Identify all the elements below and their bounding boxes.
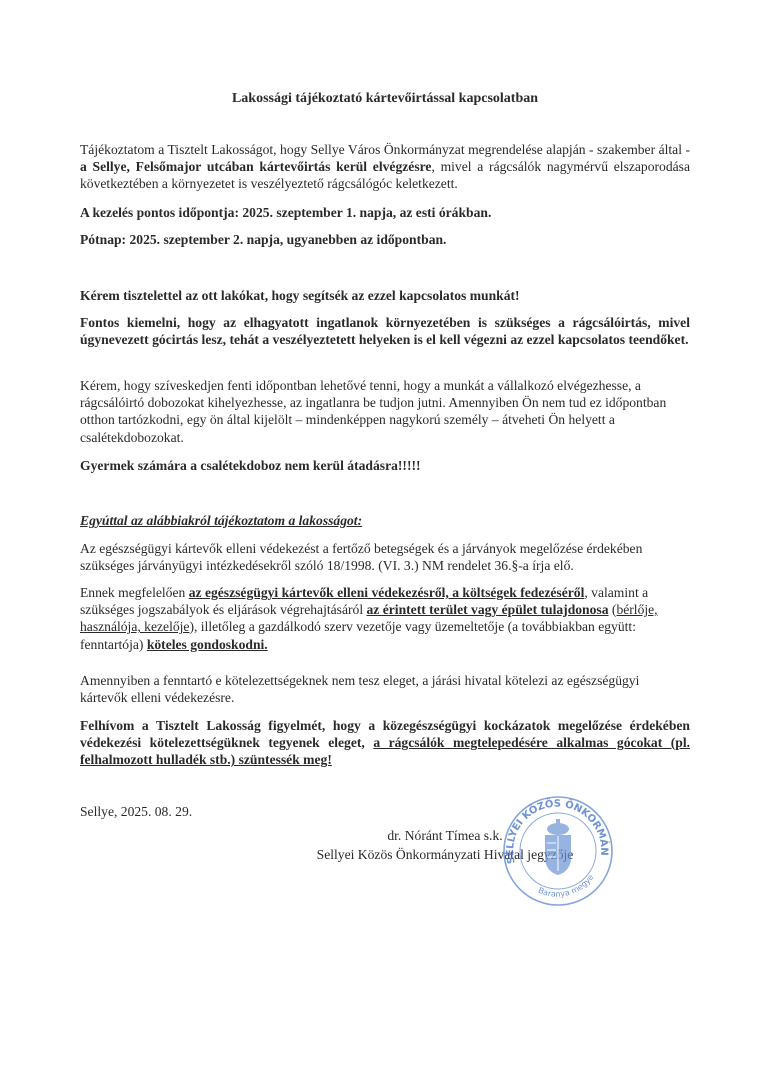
treatment-time: A kezelés pontos időpontja: 2025. szepte… — [80, 204, 690, 221]
enforcement-paragraph: Amennyiben a fenntartó e kötelezettségek… — [80, 672, 690, 706]
document-title: Lakossági tájékoztató kártevőirtással ka… — [80, 91, 690, 107]
request-help: Kérem tisztelettel az ott lakókat, hogy … — [80, 287, 690, 304]
legal-basis: Az egészségügyi kártevők elleni védekezé… — [80, 540, 690, 574]
location-highlight: a Sellye, Felsőmajor utcában kártevőirtá… — [80, 159, 431, 174]
important-note: Fontos kiemelni, hogy az elhagyatott ing… — [80, 314, 690, 348]
official-stamp-icon: SELLYEI KÖZÖS ÖNKORMÁNYZATI HIVATAL Bara… — [497, 793, 617, 911]
intro-paragraph: Tájékoztatom a Tisztelt Lakosságot, hogy… — [80, 141, 690, 193]
backup-day: Pótnap: 2025. szeptember 2. napja, ugyan… — [80, 231, 690, 248]
appeal-paragraph: Felhívom a Tisztelt Lakosság figyelmét, … — [80, 717, 690, 769]
child-warning: Gyermek számára a csalétekdoboz nem kerü… — [80, 457, 690, 474]
obligation-paragraph: Ennek megfelelően az egészségügyi kártev… — [80, 584, 690, 653]
access-request: Kérem, hogy szíveskedjen fenti időpontba… — [80, 377, 690, 446]
svg-text:Baranya megye: Baranya megye — [537, 873, 596, 899]
section-heading: Egyúttal az alábbiakról tájékoztatom a l… — [80, 512, 690, 529]
